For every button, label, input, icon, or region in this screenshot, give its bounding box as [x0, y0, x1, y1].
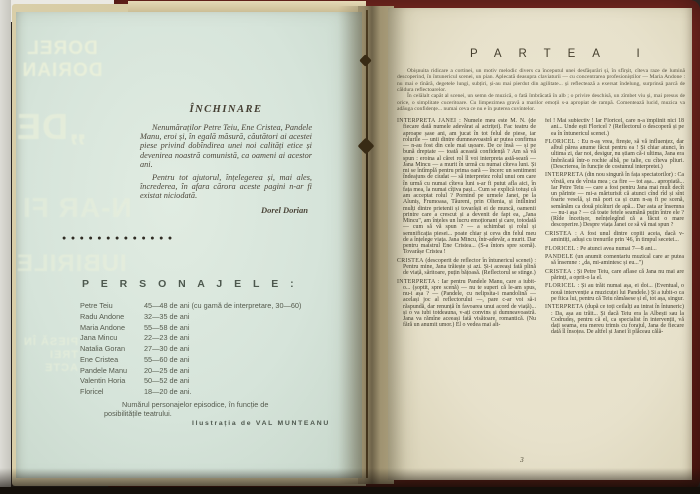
cast-character-name: Valentin Horia: [80, 376, 144, 387]
dialogue-paragraph: CRISTEA (descoperit de reflector în întu…: [397, 258, 536, 277]
speaker-label: FLORICEL: [545, 283, 576, 289]
cast-character-name: Petre Teiu: [80, 301, 144, 312]
text-column-right: fel ! Mai subiectiv ! Iar Floricel, care…: [545, 118, 684, 464]
speaker-label: FLORICEL: [545, 246, 576, 252]
cast-row: Ene Cristea 55—60 de ani: [80, 355, 326, 366]
text-column-left: INTERPRETA JANEI : Numele meu este M. N.…: [397, 118, 536, 464]
speaker-label: INTERPRETA: [545, 304, 584, 310]
dialogue-text: (din nou singură în fața spectatorilor) …: [551, 172, 684, 228]
show-through-subtitle: PIESĂ ÎN TREI ACTE: [18, 336, 78, 375]
dialogue-paragraph: INTERPRETA : Iar pentru Pandele Manu, ca…: [397, 279, 536, 329]
dialogue-paragraph: PANDELE (un anumit comentariu muzical ca…: [545, 254, 684, 267]
speaker-label: CRISTEA: [397, 258, 424, 264]
dialogue-text: (descoperit de reflector în întunericul …: [403, 258, 536, 277]
cast-row: Natalia Goran 27—30 de ani: [80, 344, 326, 355]
dialogue-paragraph: FLORICEL : Și au trăit numai așa, ei doi…: [545, 283, 684, 302]
illustration-credit: Ilustrația de VAL MUNTEANU: [192, 420, 330, 427]
dialogue-text: : Iar pentru Pandele Manu, care a iubit-…: [403, 279, 536, 329]
cast-row: Jana Mincu 22—23 de ani: [80, 333, 326, 344]
dialogue-text: : A fost unul dintre copiii aceia, dacă …: [551, 231, 684, 243]
dialogue-text: : Și Petre Teiu, care aflase că Jana nu …: [551, 269, 684, 281]
part-header: PARTEA I: [470, 48, 657, 60]
show-through-title-de: „DE: [16, 106, 87, 148]
dialogue-paragraph: FLORICEL : Eu n-aș vrea, firește, să vă …: [545, 139, 684, 170]
text-columns: INTERPRETA JANEI : Numele meu este M. N.…: [397, 118, 684, 464]
dialogue-paragraph: INTERPRETA JANEI : Numele meu este M. N.…: [397, 118, 536, 256]
cast-character-name: Ene Cristea: [80, 355, 144, 366]
page-number: 3: [520, 455, 524, 464]
bottom-band: [0, 487, 700, 494]
dedication-block: ÎNCHINARE Nenumăraților Petre Teiu, Ene …: [140, 104, 312, 215]
cast-character-name: Maria Andone: [80, 323, 144, 334]
dedication-signature: Dorel Dorian: [140, 205, 312, 215]
cast-row: Radu Andone 32—35 de ani: [80, 312, 326, 323]
show-through-author: DOREL DORIAN: [16, 38, 108, 82]
dedication-paragraph: Nenumăraților Petre Teiu, Ene Cristea, P…: [140, 123, 312, 169]
page-stack-top-edge: [128, 1, 366, 12]
dialogue-text: : Numele meu este M. N. (de fiecare dată…: [403, 118, 536, 255]
show-through-subtitle-line2: TREI ACTE: [18, 349, 78, 375]
cast-row: Pandele Manu 20—25 de ani: [80, 366, 326, 377]
speaker-label: INTERPRETA: [397, 279, 436, 285]
dedication-heading: ÎNCHINARE: [140, 104, 312, 115]
dialogue-paragraph: INTERPRETA (după ce toți ceilalți au int…: [545, 304, 684, 335]
dialogue-paragraph: INTERPRETA (din nou singură în fața spec…: [545, 172, 684, 228]
cast-note: Numărul personajelor episodice, în funcț…: [104, 400, 306, 418]
cast-character-age: 20—25 de ani: [144, 366, 326, 377]
speaker-label: CRISTEA: [545, 231, 572, 237]
left-page: DOREL DORIAN „DE N-AR FI IUBIRILE PIESĂ …: [16, 12, 362, 478]
show-through-subtitle-line1: PIESĂ ÎN: [18, 336, 78, 349]
cast-character-name: Floricel: [80, 387, 144, 398]
cast-row: Maria Andone 55—58 de ani: [80, 323, 326, 334]
book-photo: { "left_page": { "show_through": { "auth…: [0, 0, 700, 494]
binding-stitch: [366, 10, 368, 478]
cast-character-name: Jana Mincu: [80, 333, 144, 344]
cast-character-age: 27—30 de ani: [144, 344, 326, 355]
dedication-paragraph: Pentru tot ajutorul, înțelegerea și, mai…: [140, 173, 312, 201]
stage-direction-paragraph: În celălalt capăt al scenei, un semn de …: [397, 93, 685, 112]
cast-row: Floricel 18—20 de ani.: [80, 387, 326, 398]
show-through-author-line2: DORIAN: [16, 60, 108, 82]
show-through-author-line1: DOREL: [16, 38, 108, 60]
right-page: PARTEA I Obișnuita ridicare a cortinei, …: [388, 8, 692, 480]
cast-character-age: 50—52 de ani: [144, 376, 326, 387]
dialogue-paragraph: CRISTEA : Și Petre Teiu, care aflase că …: [545, 269, 684, 282]
cast-character-name: Natalia Goran: [80, 344, 144, 355]
dialogue-text: fel ! Mai subiectiv ! Iar Floricel, care…: [545, 118, 684, 137]
show-through-title-iubirile: IUBIRILE: [16, 250, 127, 278]
stage-direction-paragraph: Obișnuita ridicare a cortinei, un motiv …: [397, 68, 685, 93]
cast-character-age: 55—58 de ani: [144, 323, 326, 334]
page-edge-strip: [0, 0, 11, 494]
dialogue-paragraph: CRISTEA : A fost unul dintre copiii acei…: [545, 231, 684, 244]
cast-character-age: 45—48 de ani (cu gamă de interpretare, 3…: [144, 301, 326, 312]
cast-character-age: 55—60 de ani: [144, 355, 326, 366]
cast-character-age: 18—20 de ani.: [144, 387, 326, 398]
ornament-dots: ●●●●●●●●●●●●●: [62, 234, 177, 242]
dialogue-paragraph: FLORICEL : Pe atunci avea numai 7—8 ani.…: [545, 246, 684, 252]
cast-heading: P E R S O N A J E L E :: [82, 278, 298, 290]
speaker-label: CRISTEA: [545, 269, 572, 275]
cast-character-name: Radu Andone: [80, 312, 144, 323]
cast-character-age: 22—23 de ani: [144, 333, 326, 344]
cast-table: Petre Teiu 45—48 de ani (cu gamă de inte…: [80, 301, 326, 398]
dialogue-paragraph: fel ! Mai subiectiv ! Iar Floricel, care…: [545, 118, 684, 137]
cast-character-name: Pandele Manu: [80, 366, 144, 377]
cast-row: Petre Teiu 45—48 de ani (cu gamă de inte…: [80, 301, 326, 312]
cast-character-age: 32—35 de ani: [144, 312, 326, 323]
stage-direction-intro: Obișnuita ridicare a cortinei, un motiv …: [397, 68, 685, 112]
speaker-label: INTERPRETA: [545, 172, 584, 178]
dialogue-text: : Pe atunci avea numai 7—8 ani...: [576, 246, 657, 252]
cast-row: Valentin Horia 50—52 de ani: [80, 376, 326, 387]
show-through-title-nar: N-AR FI: [22, 192, 132, 224]
